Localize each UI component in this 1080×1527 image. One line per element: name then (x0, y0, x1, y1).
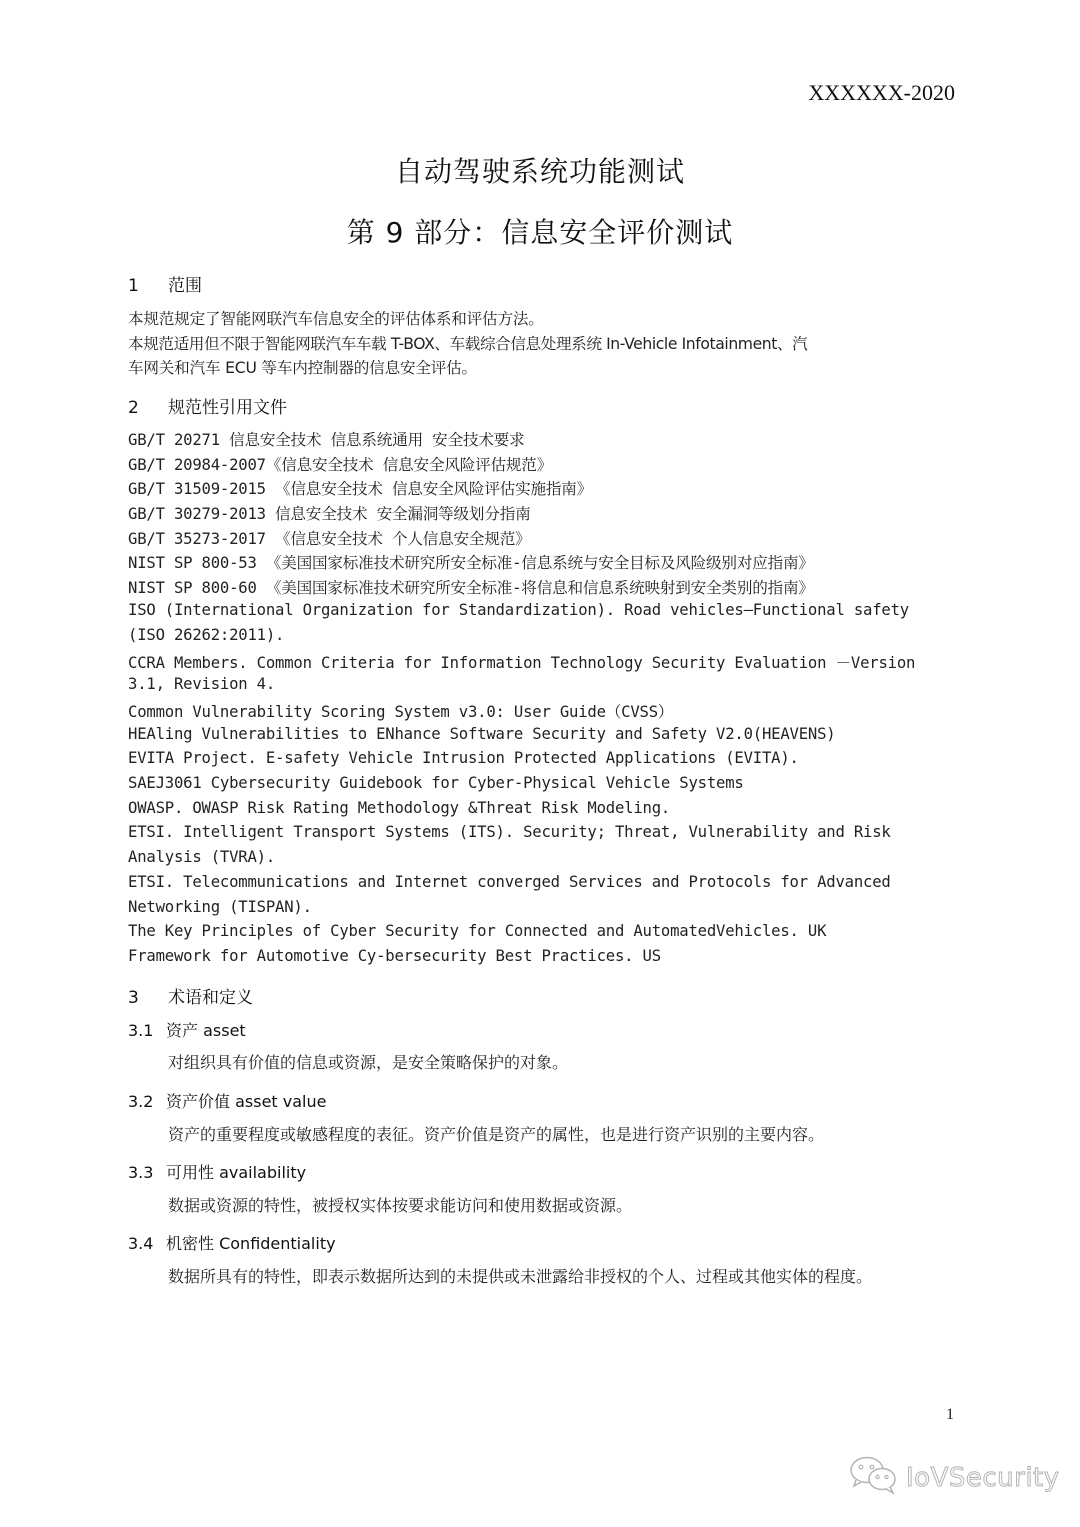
term-heading: 3.4机密性 Confidentiality (128, 1231, 336, 1254)
term-definition: 数据或资源的特性，被授权实体按要求能访问和使用数据或资源。 (128, 1194, 978, 1219)
scope-paragraph: 本规范规定了智能网联汽车信息安全的评估体系和评估方法。 (128, 307, 544, 329)
term-heading: 3.1资产 asset (128, 1018, 246, 1041)
document-code: XXXXXX-2020 (808, 80, 955, 106)
term-name: 机密性 Confidentiality (166, 1234, 336, 1253)
reference-item: ETSI. Telecommunications and Internet co… (128, 873, 891, 891)
term-number: 3.2 (128, 1092, 166, 1111)
wechat-icon (848, 1455, 900, 1500)
reference-item: ETSI. Intelligent Transport Systems (ITS… (128, 823, 891, 841)
reference-item: HEAling Vulnerabilities to ENhance Softw… (128, 725, 836, 743)
reference-item: GB/T 35273-2017 《信息安全技术 个人信息安全规范》 (128, 527, 531, 549)
reference-item: ISO (International Organization for Stan… (128, 601, 909, 619)
reference-item: GB/T 20271 信息安全技术 信息系统通用 安全技术要求 (128, 428, 525, 450)
reference-item: 3.1, Revision 4. (128, 675, 275, 693)
document-title: 自动驾驶系统功能测试 (0, 150, 1080, 190)
term-number: 3.3 (128, 1163, 166, 1182)
reference-item: NIST SP 800-53 《美国国家标准技术研究所安全标准-信息系统与安全目… (128, 551, 814, 573)
reference-item: The Key Principles of Cyber Security for… (128, 922, 826, 940)
section-number: 1 (128, 276, 168, 296)
watermark-text: IoVSecurity (906, 1463, 1060, 1493)
reference-item: SAEJ3061 Cybersecurity Guidebook for Cyb… (128, 774, 744, 792)
reference-item: EVITA Project. E-safety Vehicle Intrusio… (128, 749, 799, 767)
section-heading-terms: 3术语和定义 (128, 983, 253, 1008)
reference-item: OWASP. OWASP Risk Rating Methodology &Th… (128, 799, 670, 817)
term-name: 资产 asset (166, 1021, 246, 1040)
reference-item: NIST SP 800-60 《美国国家标准技术研究所安全标准-将信息和信息系统… (128, 576, 814, 598)
section-heading-scope: 1范围 (128, 271, 202, 296)
page-number: 1 (946, 1406, 954, 1424)
reference-item: Networking (TISPAN). (128, 898, 312, 916)
watermark: IoVSecurity (848, 1455, 1060, 1500)
reference-item: GB/T 30279-2013 信息安全技术 安全漏洞等级划分指南 (128, 502, 531, 524)
reference-item: Framework for Automotive Cy-bersecurity … (128, 947, 661, 965)
section-title: 规范性引用文件 (168, 398, 287, 418)
term-name: 可用性 availability (166, 1163, 306, 1182)
section-number: 3 (128, 988, 168, 1008)
term-heading: 3.2资产价值 asset value (128, 1089, 326, 1112)
section-heading-references: 2规范性引用文件 (128, 393, 287, 418)
scope-paragraph: 本规范适用但不限于智能网联汽车车载 T-BOX、车载综合信息处理系统 In-Ve… (128, 332, 807, 354)
reference-item: Analysis (TVRA). (128, 848, 275, 866)
reference-item: Common Vulnerability Scoring System v3.0… (128, 700, 673, 722)
reference-item: CCRA Members. Common Criteria for Inform… (128, 651, 915, 673)
term-definition: 对组织具有价值的信息或资源，是安全策略保护的对象。 (128, 1051, 978, 1076)
reference-item: (ISO 26262:2011). (128, 626, 284, 644)
term-number: 3.1 (128, 1021, 166, 1040)
term-definition: 资产的重要程度或敏感程度的表征。资产价值是资产的属性，也是进行资产识别的主要内容… (128, 1123, 978, 1148)
reference-item: GB/T 20984-2007《信息安全技术 信息安全风险评估规范》 (128, 453, 552, 475)
section-title: 术语和定义 (168, 988, 253, 1008)
scope-paragraph: 车网关和汽车 ECU 等车内控制器的信息安全评估。 (128, 356, 477, 378)
reference-item: GB/T 31509-2015 《信息安全技术 信息安全风险评估实施指南》 (128, 477, 592, 499)
term-definition: 数据所具有的特性，即表示数据所达到的未提供或未泄露给非授权的个人、过程或其他实体… (128, 1265, 970, 1290)
term-heading: 3.3可用性 availability (128, 1160, 306, 1183)
document-subtitle: 第 9 部分：信息安全评价测试 (0, 211, 1080, 251)
term-name: 资产价值 asset value (166, 1092, 326, 1111)
term-number: 3.4 (128, 1234, 166, 1253)
section-number: 2 (128, 398, 168, 418)
section-title: 范围 (168, 276, 202, 296)
